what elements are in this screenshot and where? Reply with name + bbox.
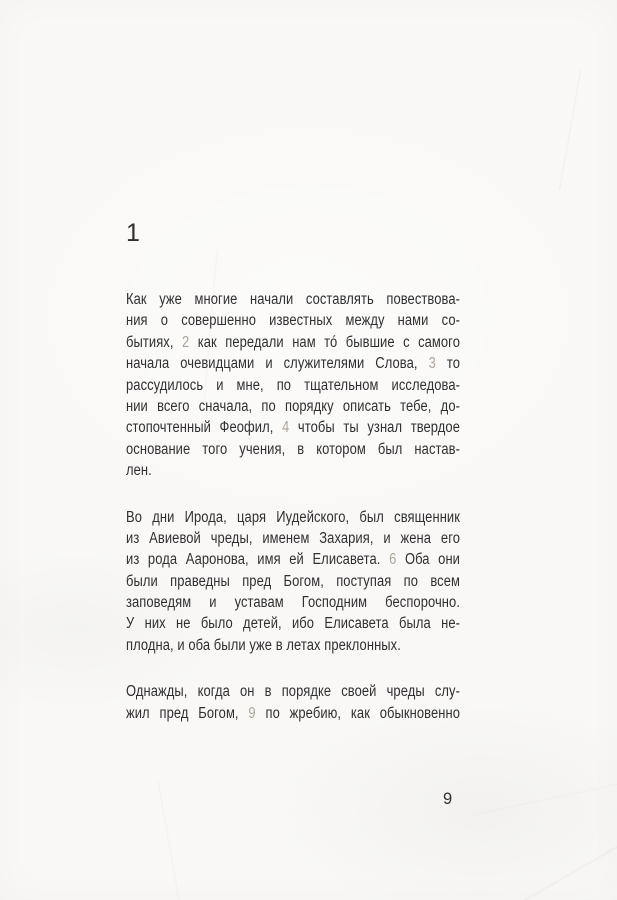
verse-text: бытиях,: [126, 334, 182, 351]
text-line: заповедям и уставам Господним беспорочно…: [126, 592, 460, 613]
verse-text: стопочтенный Феофил,: [126, 419, 282, 436]
book-page: 1 1Как уже многие начали составлять пове…: [0, 0, 617, 900]
text-line: нии всего сначала, по порядку описать те…: [126, 396, 460, 417]
text-line: начала очевидцами и служителями Слова, 3…: [126, 353, 460, 374]
verse-number: 6: [389, 551, 396, 568]
text-line: 8Однажды, когда он в порядке своей чреды…: [126, 681, 460, 702]
verse-number: 3: [429, 355, 436, 372]
scripture-text-block: 1Как уже многие начали составлять повест…: [126, 289, 460, 749]
page-number: 9: [443, 790, 452, 809]
text-line: 1Как уже многие начали составлять повест…: [126, 289, 460, 310]
text-line: стопочтенный Феофил, 4 чтобы ты узнал тв…: [126, 417, 460, 438]
verse-text: заповедям и уставам Господним беспорочно…: [126, 594, 460, 611]
text-line: были праведны пред Богом, поступая по вс…: [126, 571, 460, 592]
verse-paragraph: 1Как уже многие начали составлять повест…: [126, 289, 460, 482]
text-line: из рода Ааронова, имя ей Елисавета. 6 Об…: [126, 549, 460, 570]
verse-text: чтобы ты узнал твердое: [289, 419, 460, 436]
text-line: из Авиевой чреды, именем Захария, и жена…: [126, 528, 460, 549]
verse-text: рассудилось и мне, по тщательном исследо…: [126, 377, 460, 394]
verse-text: плодна, и оба были уже в летах преклонны…: [126, 637, 401, 654]
text-line: лен.: [126, 460, 460, 481]
verse-text: были праведны пред Богом, поступая по вс…: [126, 573, 460, 590]
text-line: плодна, и оба были уже в летах преклонны…: [126, 635, 460, 656]
text-line: бытиях, 2 как передали нам то́ бывшие с …: [126, 332, 460, 353]
verse-text: лен.: [126, 462, 152, 479]
verse-text: ния о совершенно известных между нами со…: [126, 312, 460, 329]
verse-text: нии всего сначала, по порядку описать те…: [126, 398, 460, 415]
verse-paragraph: 8Однажды, когда он в порядке своей чреды…: [126, 681, 460, 724]
verse-text: Во дни Ирода, царя Иудейского, был свяще…: [126, 509, 460, 526]
verse-text: Оба они: [396, 551, 460, 568]
verse-text: то: [436, 355, 460, 372]
text-line: 7У них не было детей, ибо Елисавета была…: [126, 613, 460, 634]
verse-text: Однажды, когда он в порядке своей чреды …: [126, 683, 460, 700]
text-line: 5Во дни Ирода, царя Иудейского, был свящ…: [126, 507, 460, 528]
verse-text: начала очевидцами и служителями Слова,: [126, 355, 429, 372]
verse-text: Как уже многие начали составлять повеств…: [126, 291, 460, 308]
verse-text: У них не было детей, ибо Елисавета была …: [126, 615, 460, 632]
verse-text: основание того учения, в котором был нас…: [126, 441, 460, 458]
verse-text: как передали нам то́ бывшие с самого: [189, 334, 460, 351]
verse-text: по жребию, как обыкновенно: [256, 705, 460, 722]
chapter-number: 1: [126, 219, 140, 248]
verse-number: 2: [182, 334, 189, 351]
verse-number: 4: [282, 419, 289, 436]
verse-text: из Авиевой чреды, именем Захария, и жена…: [126, 530, 460, 547]
text-line: жил пред Богом, 9 по жребию, как обыкнов…: [126, 703, 460, 724]
text-line: рассудилось и мне, по тщательном исследо…: [126, 375, 460, 396]
verse-paragraph: 5Во дни Ирода, царя Иудейского, был свящ…: [126, 507, 460, 657]
text-line: основание того учения, в котором был нас…: [126, 439, 460, 460]
verse-text: из рода Ааронова, имя ей Елисавета.: [126, 551, 389, 568]
verse-text: жил пред Богом,: [126, 705, 248, 722]
text-line: ния о совершенно известных между нами со…: [126, 310, 460, 331]
